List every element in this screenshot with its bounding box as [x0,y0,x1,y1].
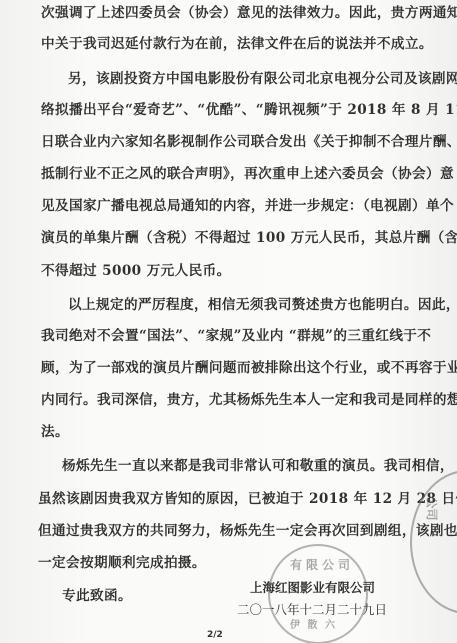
text-line: 我司绝对不会置“国法”、“家规”及业内 “群规”的三重红线于不 [41,328,431,344]
text-line: 虽然该剧因贵我双方皆知的原因，已被迫于 2018 年 12 月 28 日停机， [38,491,457,507]
text-line: 见及国家广播电视总局通知的内容，并进一步规定：（电视剧）单个 [41,198,454,214]
text-line: 一定会按期顺利完成拍摄。 [38,555,206,571]
text-line: 内同行。我司深信，贵方，尤其杨烁先生本人一定和我司是同样的想 [41,392,457,408]
text-line: 以上规定的严厉程度，相信无须我司赘述贵方也能明白。因此， [68,297,457,313]
text-line: 日联合业内六家知名影视制作公司联合发出《关于抑制不合理片酬、 [41,134,457,150]
text-line: 络拟播出平台“爱奇艺”、“优酷”、“腾讯视频”于 2018 年 8 月 11 [41,102,457,118]
text-line: 另，该剧投资方中国电影股份有限公司北京电视分公司及该剧网 [68,71,457,87]
document-page: 次强调了上述四委员会（协会）意见的法律效力。因此，贵方两通知 中关于我司迟延付款… [0,0,457,643]
side-seal-text: 公司 [424,496,441,520]
signature-date: 二〇一八年十二月二十九日 [237,600,387,618]
text-line: 中关于我司迟延付款行为在前，法律文件在后的说法并不成立。 [41,36,433,52]
signature-company: 上海红图影业有限公司 [250,578,375,596]
text-line: 法。 [41,424,69,440]
text-line: 专此致函。 [62,588,132,604]
seal-top-text: 有限公司 [290,556,354,573]
text-line: 抵制行业不正之风的联合声明》，再次重申上述六委员会（协会）意 [41,166,454,182]
page-number: 2/2 [207,630,223,640]
seal-bottom-text: 伊 散 六 [290,616,337,631]
text-line: 不得超过 5000 万元人民币。 [41,263,231,279]
text-line: 次强调了上述四委员会（协会）意见的法律效力。因此，贵方两通知 [41,5,457,21]
text-line: 顾，为了一部戏的演员片酬问题而被排除出这个行业，或不再容于业 [41,360,457,376]
text-line: 杨烁先生一直以来都是我司非常认可和敬重的演员。我司相信， [62,458,454,474]
text-line: 演员的单集片酬（含税）不得超过 100 万元人民币，其总片酬（含税） [41,230,457,246]
text-line: 但通过贵我双方的共同努力，杨烁先生一定会再次回到剧组，该剧也 [38,523,457,539]
